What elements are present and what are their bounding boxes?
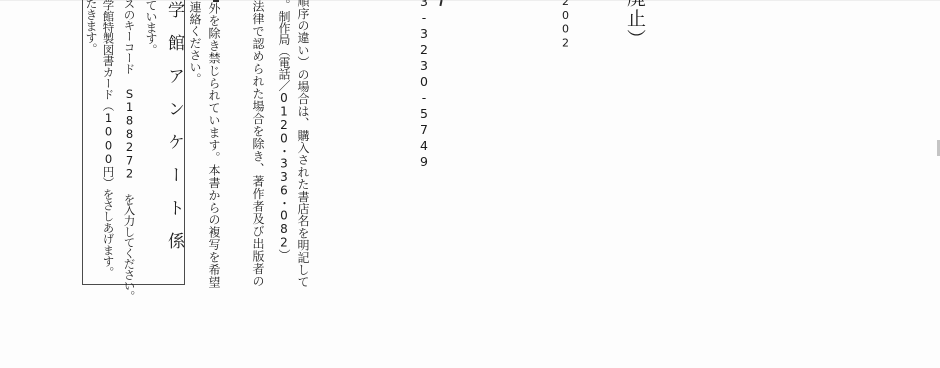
cut-glyph-fragment <box>439 0 442 6</box>
note-bookstore: 順序の違い）の場合は、購入された書店名を明記して <box>297 0 309 288</box>
phone-number: 3-3230-5749 <box>417 0 430 170</box>
survey-closing-fragment: たきます。 <box>85 0 97 55</box>
note-exception: 外を除き禁じられています。本書からの複写を希望 <box>208 2 220 288</box>
note-rights: 法律で認められた場合を除き、著作者及び出版者の <box>252 0 264 288</box>
survey-title: 学館アンケート係 <box>165 1 182 265</box>
cut-glyph-fragment <box>213 0 219 2</box>
year: 2002 <box>560 0 571 50</box>
note-production-phone: 。制作局（電話／0120・336・082） <box>278 0 290 261</box>
note-contact: 連絡ください。 <box>189 1 201 85</box>
scanned-colophon-page: 学館アンケート係 ています。 スのキーコード S188272 を入力してください… <box>0 0 940 368</box>
survey-reply-fragment: ています。 <box>145 0 157 55</box>
survey-gift-line: 学館特製図書カード（1000円）をさしあげます。 <box>102 0 114 278</box>
survey-keycode-line: スのキーコード S188272 を入力してください。 <box>123 0 135 301</box>
abolished-label: 廃止） <box>625 0 644 50</box>
